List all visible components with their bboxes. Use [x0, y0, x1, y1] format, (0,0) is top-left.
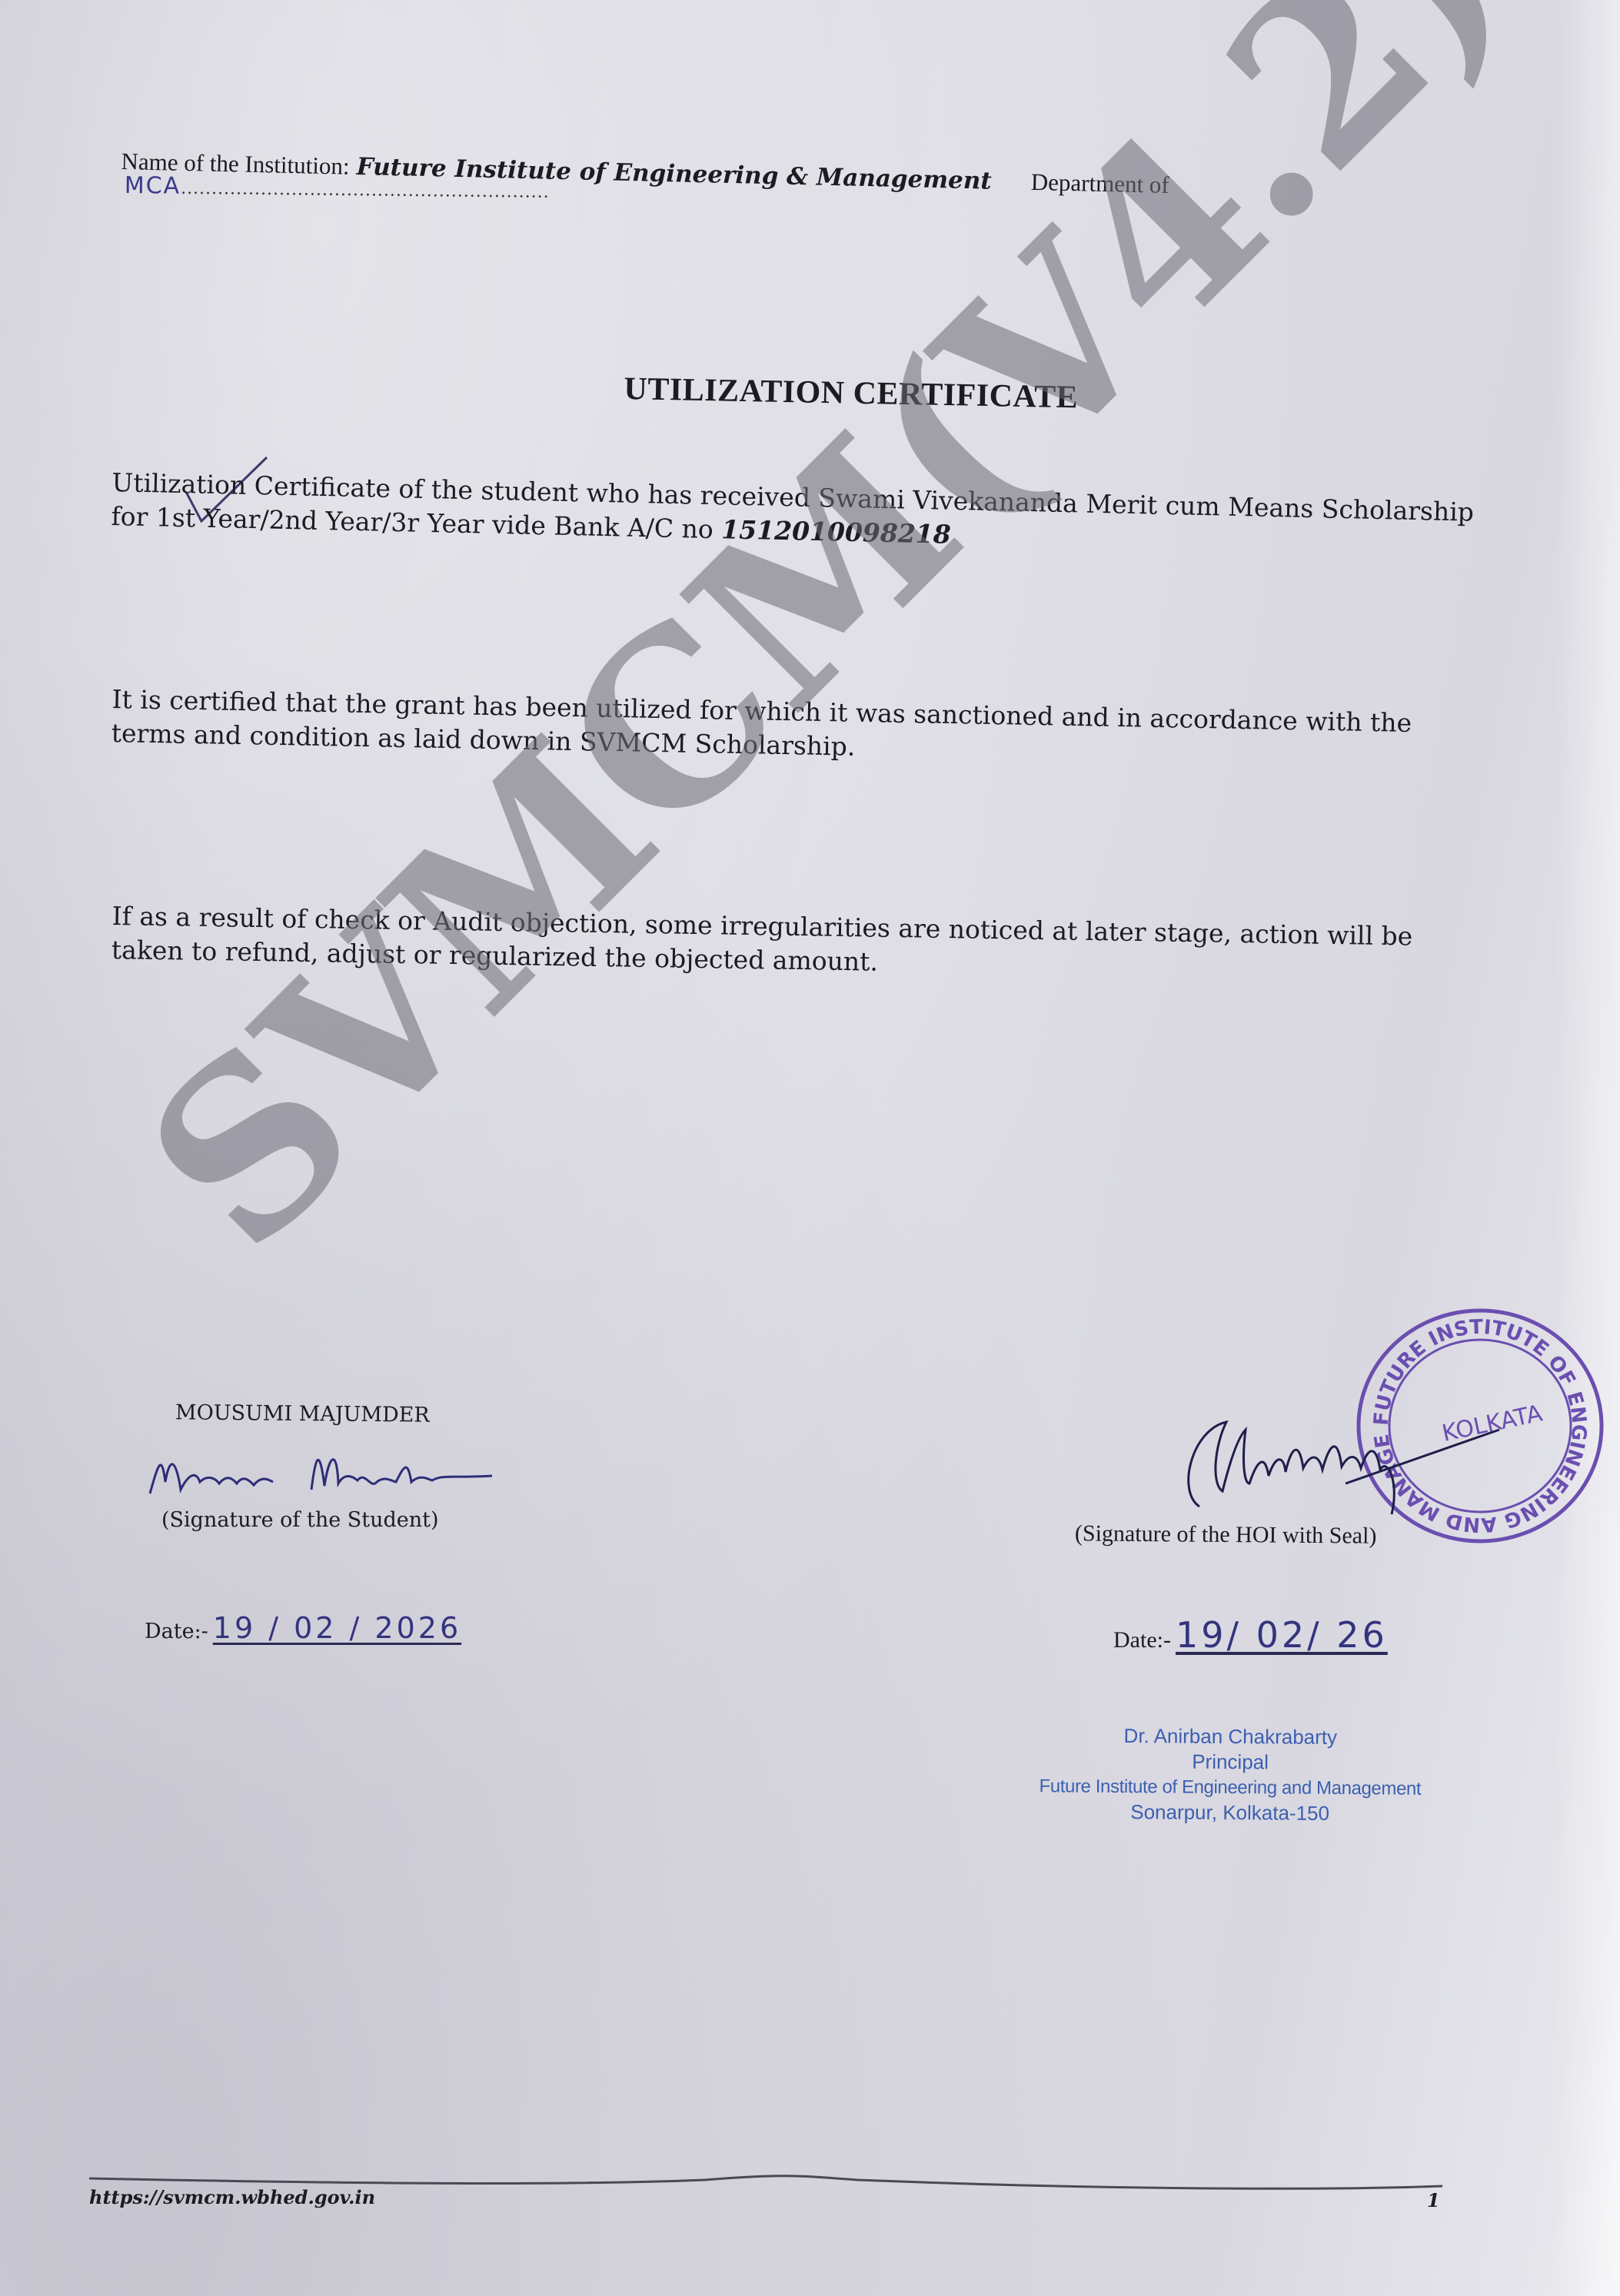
footer-page-number: 1 [1427, 2189, 1440, 2211]
principal-designation: Principal [1023, 1748, 1438, 1776]
student-date-value: 19 / 02 / 2026 [213, 1611, 461, 1645]
footer-url-link[interactable]: https://svmcm.wbhed.gov.in [89, 2186, 375, 2208]
hoi-signature [1169, 1399, 1522, 1530]
student-date: Date:-19 / 02 / 2026 [145, 1611, 461, 1645]
hoi-date-value: 19/ 02/ 26 [1176, 1614, 1388, 1656]
hoi-signature-caption: (Signature of the HOI with Seal) [1075, 1520, 1377, 1549]
principal-address: Sonarpur, Kolkata-150 [1023, 1799, 1438, 1827]
department-field: MCA.....................................… [125, 172, 550, 204]
student-date-label: Date:- [145, 1620, 208, 1643]
department-dotted-line: ........................................… [181, 179, 550, 202]
principal-stamp: Dr. Anirban Chakrabarty Principal Future… [1023, 1723, 1439, 1827]
principal-name: Dr. Anirban Chakrabarty [1023, 1723, 1438, 1751]
hoi-date-label: Date:- [1113, 1627, 1171, 1653]
student-name: MOUSUMI MAJUMDER [175, 1401, 430, 1427]
principal-institution: Future Institute of Engineering and Mana… [1023, 1773, 1438, 1802]
student-signature-caption: (Signature of the Student) [161, 1508, 439, 1532]
hoi-date: Date:-19/ 02/ 26 [1113, 1614, 1388, 1656]
department-handwritten-value: MCA [125, 172, 181, 200]
